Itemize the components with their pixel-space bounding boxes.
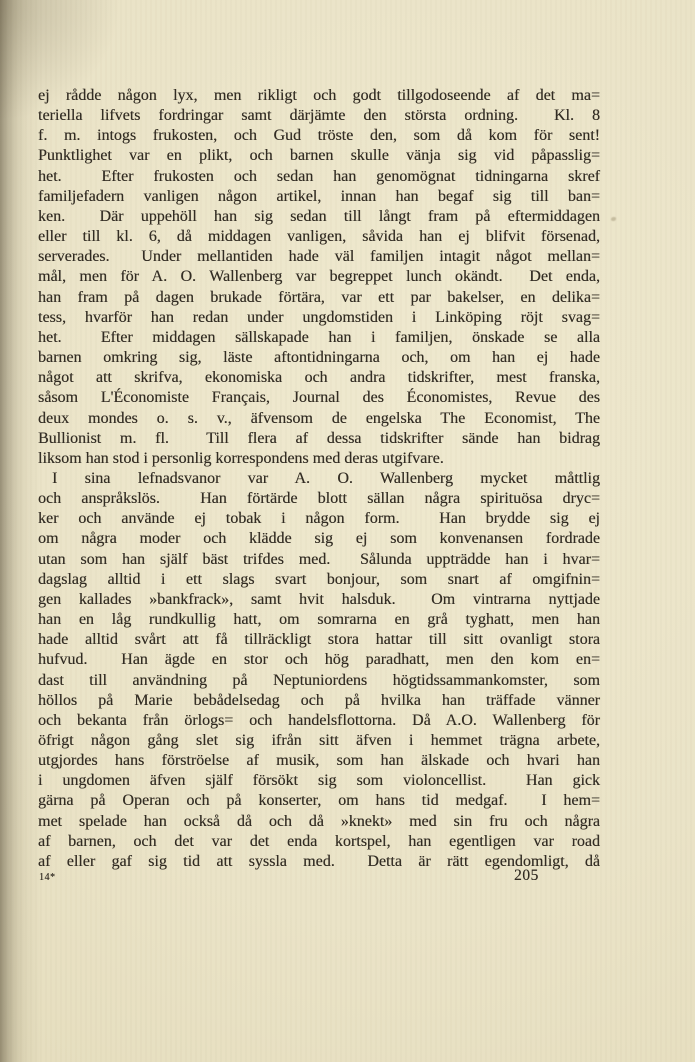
text-line: tess, hvarför han redan under ungdomstid… [38,308,600,328]
text-line: teriella lifvets fordringar samt därjämt… [38,106,600,126]
text-line: i ungdomen äfven själf försökt sig som v… [38,771,600,791]
text-line: hade alltid svårt att få tillräckligt st… [38,630,600,650]
text-line: ken. Där uppehöll han sig sedan till lån… [38,207,600,227]
text-line: barnen omkring sig, läste aftontidningar… [38,348,600,368]
page-number: 205 [514,867,539,885]
text-line: han fram på dagen brukade förtära, var e… [38,288,600,308]
text-line: gen kallades »bankfrack», samt hvit hals… [38,590,600,610]
text-line: mål, men för A. O. Wallenberg var begrep… [38,267,600,287]
text-line: met spelade han också då och då »knekt» … [38,812,600,832]
text-line: ej rådde någon lyx, men rikligt och godt… [38,86,600,106]
text-line: öfrigt någon gång slet sig ifrån sitt äf… [38,731,600,751]
paper-speck [611,217,616,221]
text-line: Punktlighet var en plikt, och barnen sku… [38,146,600,166]
signature-mark: 14* [39,872,56,883]
text-line: eller till kl. 6, då middagen vanligen, … [38,227,600,247]
text-line: deux mondes o. s. v., äfvensom de engels… [38,409,600,429]
text-line: het. Efter frukosten och sedan han genom… [38,167,600,187]
text-line: och bekanta från örlogs= och handelsflot… [38,711,600,731]
text-line: såsom L'Économiste Français, Journal des… [38,388,600,408]
book-page: ej rådde någon lyx, men rikligt och godt… [0,0,695,1062]
text-line: hufvud. Han ägde en stor och hög paradha… [38,650,600,670]
text-line: gärna på Operan och på konserter, om han… [38,791,600,811]
text-line: serverades. Under mellantiden hade väl f… [38,247,600,267]
text-line: het. Efter middagen sällskapade han i fa… [38,328,600,348]
page-text: ej rådde någon lyx, men rikligt och godt… [38,86,600,872]
text-line: ker och använde ej tobak i någon form. H… [38,509,600,529]
text-line: af barnen, och det var det enda kortspel… [38,832,600,852]
text-line: om några moder och klädde sig ej som kon… [38,529,600,549]
text-line: familjefadern vanligen någon artikel, in… [38,187,600,207]
text-line: han en låg rundkullig hatt, om somrarna … [38,610,600,630]
text-line: utan som han själf bäst trifdes med. Sål… [38,550,600,570]
text-line: dast till användning på Neptuniordens hö… [38,671,600,691]
text-line: och anspråkslös. Han förtärde blott säll… [38,489,600,509]
text-line: något att skrifva, ekonomiska och andra … [38,368,600,388]
text-line: liksom han stod i personlig korresponden… [38,449,600,469]
text-line: f. m. intogs frukosten, och Gud tröste d… [38,126,600,146]
text-line: utgjordes hans förströelse af musik, som… [38,751,600,771]
text-line: I sina lefnadsvanor var A. O. Wallenberg… [38,469,600,489]
text-line: höllos på Marie bebådelsedag och på hvil… [38,691,600,711]
text-line: dagslag alltid i ett slags svart bonjour… [38,570,600,590]
text-line: Bullionist m. fl. Till flera af dessa ti… [38,429,600,449]
